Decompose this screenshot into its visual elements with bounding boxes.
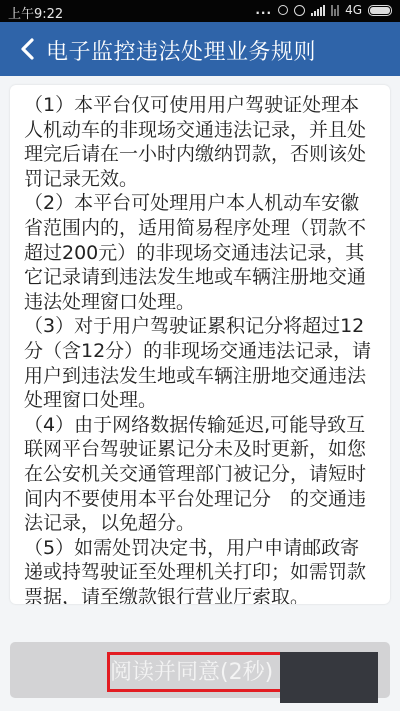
- data-transfer-icon: [331, 5, 339, 16]
- page-title: 电子监控违法处理业务规则: [46, 35, 316, 66]
- rules-text: （1）本平台仅可使用用户驾驶证处理本人机动车的非现场交通违法记录，并且处理完后请…: [10, 85, 390, 604]
- battery-icon: [368, 5, 392, 16]
- hotspot-icon: [278, 5, 288, 15]
- rule-item: （2）本平台可处理用户本人机动车安徽省范围内的，适用简易程序处理（罚款不超过20…: [24, 191, 378, 314]
- status-time: 上午9:22: [8, 3, 63, 22]
- network-type: 4G: [345, 3, 362, 17]
- status-icons: ... 4G: [255, 3, 392, 17]
- status-bar: 上午9:22 ... 4G: [0, 0, 400, 22]
- rule-item: （5）如需处罚决定书，用户申请邮政寄递或持驾驶证至处理机关打印；如需罚款票据，请…: [24, 536, 378, 604]
- alarm-icon: [294, 5, 305, 16]
- signal-icon: [311, 5, 325, 16]
- rule-item: （3）对于用户驾驶证累积记分将超过12分（含12分）的非现场交通违法记录，请用户…: [24, 314, 378, 412]
- rule-item: （4）由于网络数据传输延迟,可能导致互联网平台驾驶证累记分未及时更新，如您在公安…: [24, 413, 378, 536]
- highlight-annotation: [107, 652, 285, 692]
- chevron-left-icon[interactable]: [16, 36, 42, 62]
- more-notifications-icon: ...: [255, 3, 272, 17]
- app-header: 电子监控违法处理业务规则: [0, 22, 400, 76]
- rule-item: （1）本平台仅可使用用户驾驶证处理本人机动车的非现场交通违法记录，并且处理完后请…: [24, 93, 378, 191]
- redaction-overlay: [280, 652, 378, 703]
- rules-card[interactable]: （1）本平台仅可使用用户驾驶证处理本人机动车的非现场交通违法记录，并且处理完后请…: [10, 85, 390, 604]
